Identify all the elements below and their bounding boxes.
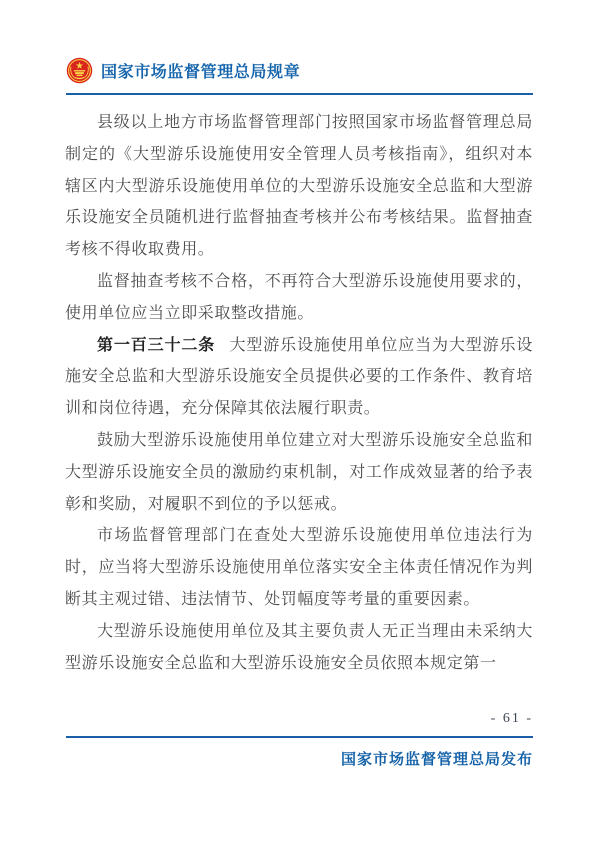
publisher-label: 国家市场监督管理总局发布 (341, 748, 533, 769)
article-number: 第一百三十二条 (97, 337, 215, 354)
body-paragraph: 大型游乐设施使用单位及其主要负责人无正当理由未采纳大型游乐设施安全总监和大型游乐… (65, 616, 533, 680)
body-paragraph-article-132: 第一百三十二条大型游乐设施使用单位应当为大型游乐设施安全总监和大型游乐设施安全员… (65, 330, 533, 425)
body-paragraph: 市场监督管理部门在查处大型游乐设施使用单位违法行为时，应当将大型游乐设施使用单位… (65, 520, 533, 615)
footer-divider (66, 736, 533, 738)
body-paragraph: 鼓励大型游乐设施使用单位建立对大型游乐设施安全总监和大型游乐设施安全员的激励约束… (65, 425, 533, 520)
document-category-title: 国家市场监督管理总局规章 (101, 59, 300, 82)
page-number: - 61 - (491, 711, 533, 727)
document-body: 县级以上地方市场监督管理部门按照国家市场监督管理总局制定的《大型游乐设施使用安全… (65, 107, 533, 679)
body-paragraph: 县级以上地方市场监督管理部门按照国家市场监督管理总局制定的《大型游乐设施使用安全… (65, 107, 533, 266)
body-paragraph: 监督抽查考核不合格，不再符合大型游乐设施使用要求的，使用单位应当立即采取整改措施… (65, 266, 533, 330)
document-page: 国家市场监督管理总局规章 县级以上地方市场监督管理部门按照国家市场监督管理总局制… (0, 0, 595, 842)
page-header: 国家市场监督管理总局规章 (66, 57, 533, 95)
national-emblem-icon (66, 57, 93, 84)
